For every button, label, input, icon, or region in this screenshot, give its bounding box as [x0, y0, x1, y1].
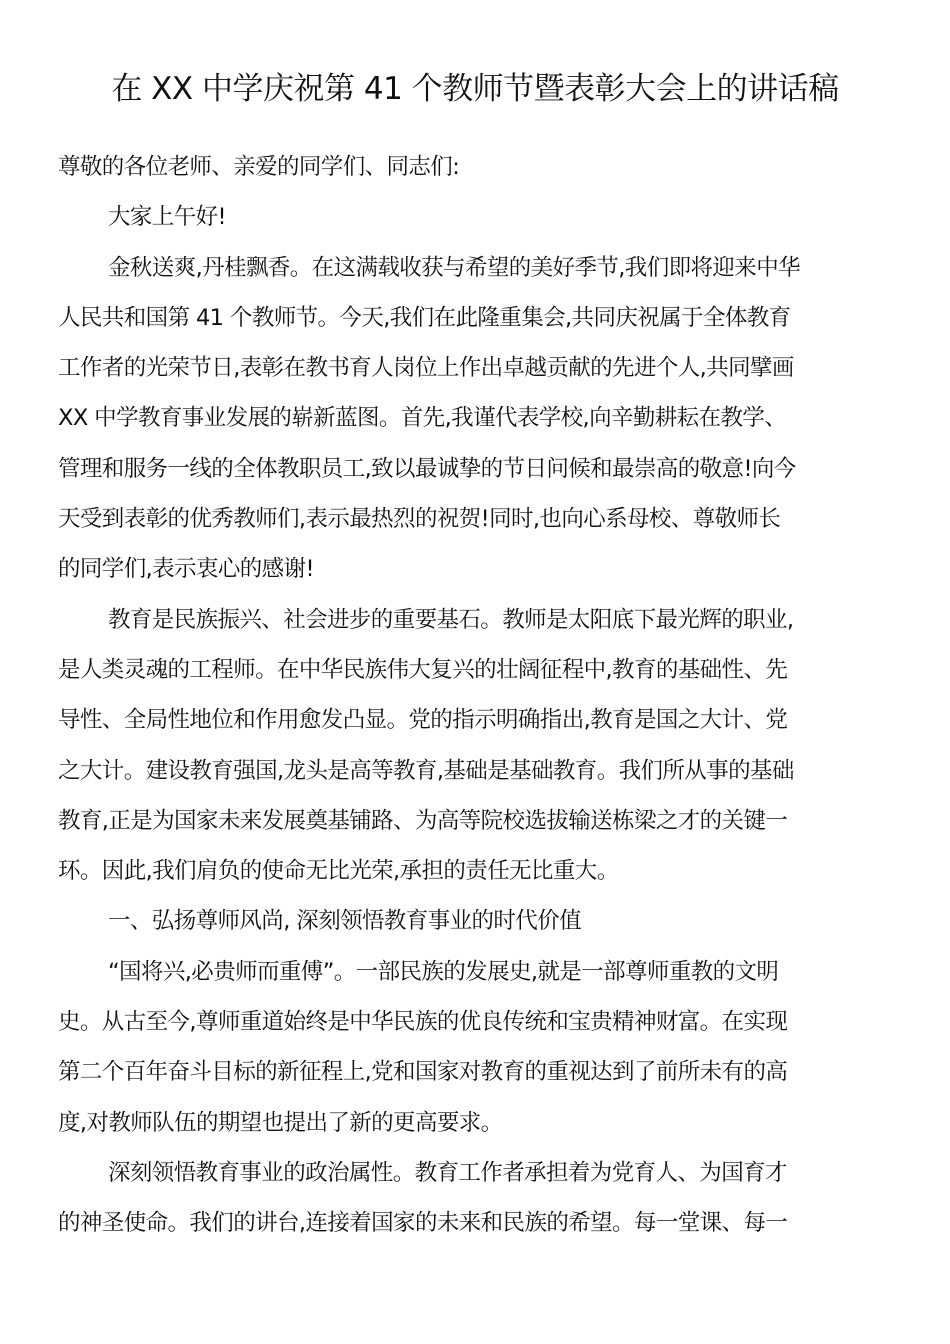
paragraph-line: 史。从古至今,尊师重道始终是中华民族的优良传统和宝贵精神财富。在实现: [58, 997, 898, 1047]
paragraph-line: XX 中学教育事业发展的崭新蓝图。首先,我谨代表学校,向辛勤耕耘在教学、: [58, 393, 898, 443]
document-body: 尊敬的各位老师、亲爱的同学们、同志们: 大家上午好! 金秋送爽,丹桂飘香。在这满…: [58, 142, 898, 1249]
paragraph-line: 的神圣使命。我们的讲台,连接着国家的未来和民族的希望。每一堂课、每一: [58, 1198, 898, 1248]
paragraph-line: 导性、全局性地位和作用愈发凸显。党的指示明确指出,教育是国之大计、党: [58, 695, 898, 745]
paragraph-line: 之大计。建设教育强国,龙头是高等教育,基础是基础教育。我们所从事的基础: [58, 746, 898, 796]
section-heading: 一、弘扬尊师风尚, 深刻领悟教育事业的时代价值: [58, 896, 898, 946]
paragraph-line: 管理和服务一线的全体教职员工,致以最诚挚的节日问候和最崇高的敬意!向今: [58, 444, 898, 494]
paragraph-line: 人民共和国第 41 个教师节。今天,我们在此隆重集会,共同庆祝属于全体教育: [58, 293, 898, 343]
paragraph-line: 是人类灵魂的工程师。在中华民族伟大复兴的壮阔征程中,教育的基础性、先: [58, 645, 898, 695]
paragraph-line: 度,对教师队伍的期望也提出了新的更高要求。: [58, 1098, 898, 1148]
document-page: 在 XX 中学庆祝第 41 个教师节暨表彰大会上的讲话稿 尊敬的各位老师、亲爱的…: [0, 0, 950, 1344]
greeting-line: 大家上午好!: [58, 192, 898, 242]
paragraph-line: 金秋送爽,丹桂飘香。在这满载收获与希望的美好季节,我们即将迎来中华: [58, 243, 898, 293]
paragraph-line: 环。因此,我们肩负的使命无比光荣,承担的责任无比重大。: [58, 846, 898, 896]
paragraph-line: 教育,正是为国家未来发展奠基铺路、为高等院校选拔输送栋梁之才的关键一: [58, 796, 898, 846]
paragraph-line: “国将兴,必贵师而重傅”。一部民族的发展史,就是一部尊师重教的文明: [58, 947, 898, 997]
paragraph-line: 第二个百年奋斗目标的新征程上,党和国家对教育的重视达到了前所未有的高: [58, 1047, 898, 1097]
salutation-line: 尊敬的各位老师、亲爱的同学们、同志们:: [58, 142, 898, 192]
paragraph-line: 的同学们,表示衷心的感谢!: [58, 544, 898, 594]
paragraph-line: 教育是民族振兴、社会进步的重要基石。教师是太阳底下最光辉的职业,: [58, 595, 898, 645]
document-title: 在 XX 中学庆祝第 41 个教师节暨表彰大会上的讲话稿: [0, 66, 950, 112]
paragraph-line: 深刻领悟教育事业的政治属性。教育工作者承担着为党育人、为国育才: [58, 1148, 898, 1198]
paragraph-line: 天受到表彰的优秀教师们,表示最热烈的祝贺!同时,也向心系母校、尊敬师长: [58, 494, 898, 544]
paragraph-line: 工作者的光荣节日,表彰在教书育人岗位上作出卓越贡献的先进个人,共同擘画: [58, 343, 898, 393]
